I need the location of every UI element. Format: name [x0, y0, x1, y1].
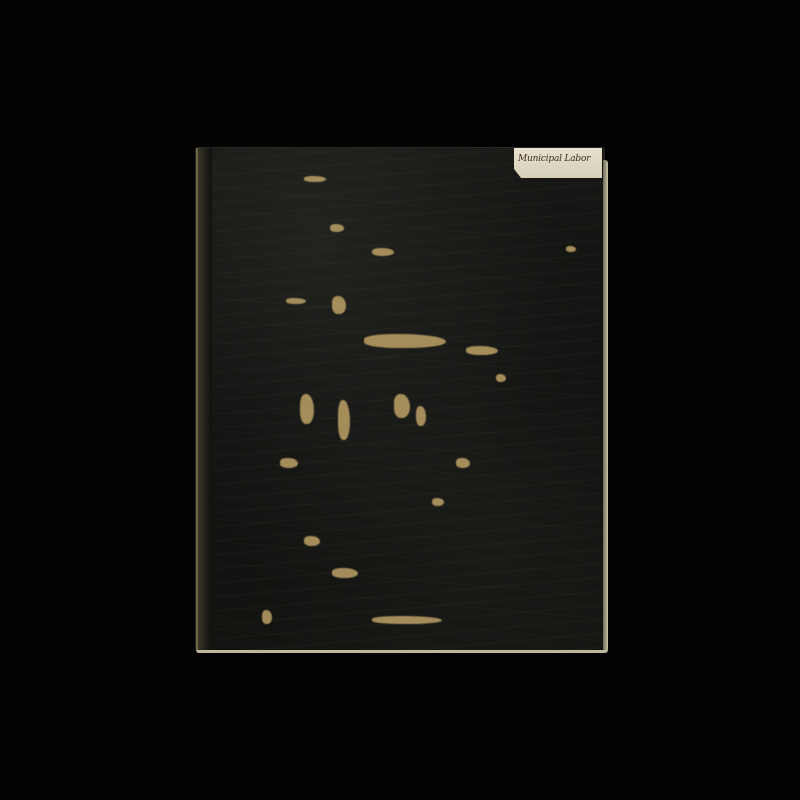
wear-spot	[416, 406, 426, 426]
bottom-page-edge	[196, 650, 608, 653]
wear-spot	[496, 374, 506, 382]
wear-spot	[304, 536, 320, 546]
book-spine	[196, 148, 212, 650]
wear-spot	[332, 568, 358, 578]
wear-spot	[364, 334, 446, 348]
wear-spot	[280, 458, 298, 468]
wear-spot	[262, 610, 272, 624]
wear-spot	[466, 346, 498, 355]
wear-spot	[432, 498, 444, 506]
wear-spot	[338, 400, 350, 440]
wear-spot	[332, 296, 346, 314]
wear-spot	[300, 394, 314, 424]
photo-background: Municipal Labor	[0, 0, 800, 800]
page-edge	[603, 160, 608, 652]
wear-spot	[566, 246, 576, 252]
wear-spot	[456, 458, 470, 468]
cover-label: Municipal Labor	[514, 148, 602, 178]
label-text: Municipal Labor	[518, 154, 602, 164]
wear-spot	[304, 176, 326, 182]
wear-spot	[394, 394, 410, 418]
wear-spot	[372, 616, 442, 624]
wear-spot	[286, 298, 306, 304]
book-cover	[196, 148, 604, 650]
wear-spot	[330, 224, 344, 232]
wear-spot	[372, 248, 394, 256]
